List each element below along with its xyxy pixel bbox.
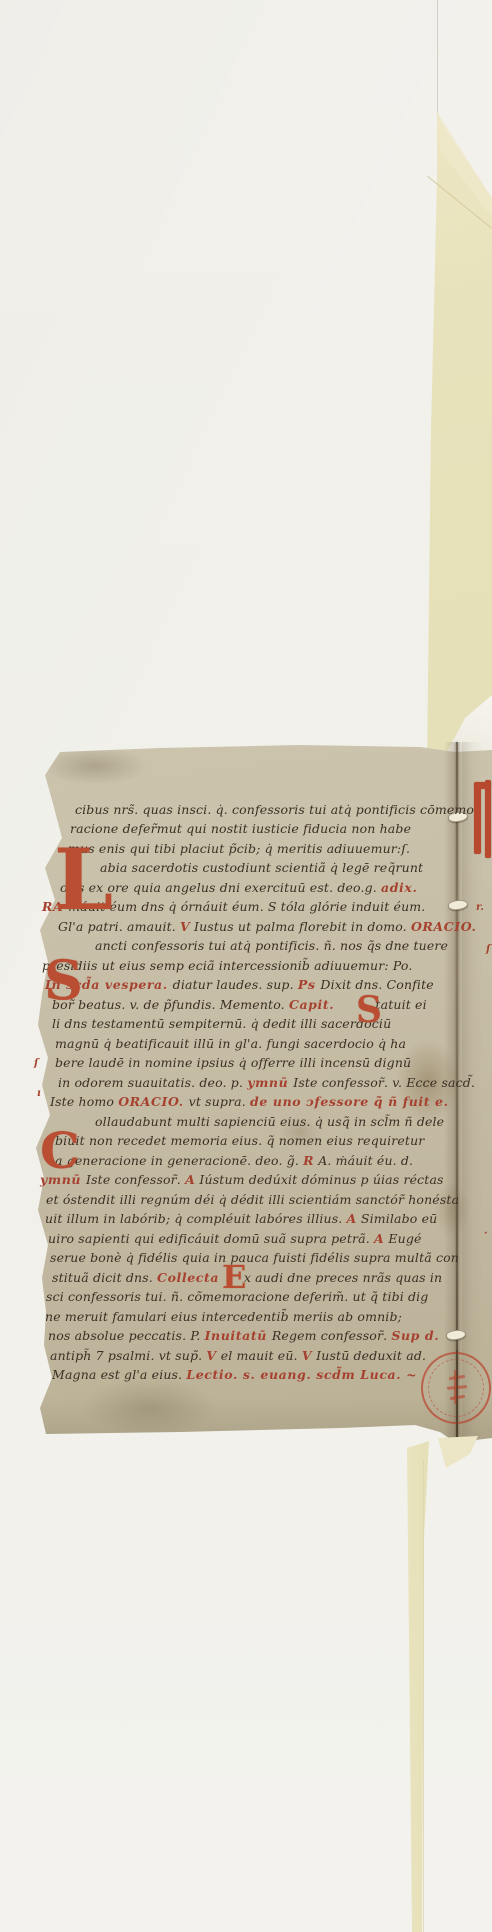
text-segment-ink: magnū q̇ beatificauit illū in gl'a. fung…: [55, 1036, 406, 1051]
illuminated-initial-E: E: [222, 1264, 246, 1290]
text-segment-ink: Similabo eū: [361, 1211, 437, 1226]
text-segment-ink: bere laudē in nomine ipsius q̇ offerre i…: [55, 1055, 411, 1070]
manuscript-line: serue bonè q̇ fidélis quia in pauca fuis…: [50, 1248, 459, 1267]
manuscript-line: ne meruit famulari eius intercedentib̃ m…: [45, 1307, 402, 1326]
manuscript-line: Gl'a patri. amauit. V Iustus ut palma fl…: [58, 917, 476, 936]
manuscript-line: stituã dicit dns. Collecta x audi dne pr…: [52, 1268, 442, 1287]
manuscript-line: abia sacerdotis custodiunt scientiã q̇ l…: [100, 858, 423, 877]
manuscript-line: Magna est gl'a eius. Lectio. s. euang. s…: [52, 1365, 417, 1384]
manuscript-line: ollaudabunt multi sapienciū eius. q̇ usq…: [95, 1112, 444, 1131]
text-segment-rubric: R: [303, 1153, 318, 1168]
text-segment-ink: mus enis qui tibi placiut p̃cib; q̇ meri…: [68, 841, 410, 856]
text-segment-ink: nos absolue peccatis. P.: [48, 1328, 205, 1343]
text-segment-rubric: Capit.: [289, 997, 334, 1012]
text-segment-rubric: ymnū: [247, 1075, 293, 1090]
text-segment-ink: ollaudabunt multi sapienciū eius. q̇ usq…: [95, 1114, 444, 1129]
text-segment-ink: presidiis ut eius semp eciã intercession…: [42, 958, 412, 973]
text-segment-ink: in odorem suauitatis. deo. p.: [58, 1075, 247, 1090]
text-segment-ink: uiro sapienti qui edificáuit domū suã su…: [48, 1231, 374, 1246]
manuscript-line: et óstendit illi regnúm déi q̇ dédit ill…: [46, 1190, 459, 1209]
manuscript-line: Iste homo ORACIO. vt supra. de uno ɔfess…: [50, 1092, 449, 1111]
text-segment-ink: el mauit eū.: [221, 1348, 302, 1363]
manuscript-line: presidiis ut eius semp eciã intercession…: [42, 956, 412, 975]
text-segment-ink: ṁáuit éum dns q̇ órnáuit éum. S tóla gló…: [68, 899, 425, 914]
spine-crease-line: [456, 1350, 458, 1442]
manuscript-line: uit illum in labórib; q̇ compléuit labór…: [45, 1209, 437, 1228]
manuscript-line: antiph̃ 7 psalmi. vt sup̃. V el mauit eū…: [50, 1346, 426, 1365]
text-segment-ink: cibus nrs̃. quas insci. q̇. confessoris …: [75, 802, 474, 817]
manuscript-line: ancti confessoris tui atq̇ pontificis. ñ…: [95, 936, 448, 955]
manuscript-line: a generacione in generacionē. deo. g̃. R…: [55, 1151, 413, 1170]
text-segment-rubric: Collecta: [157, 1270, 219, 1285]
text-segment-ink: abia sacerdotis custodiunt scientiã q̇ l…: [100, 860, 423, 875]
text-segment-ink: Eugé: [388, 1231, 421, 1246]
text-segment-rubric: Sup d.: [391, 1328, 439, 1343]
text-segment-rubric: Ps: [298, 977, 321, 992]
text-segment-ink: Iste homo: [50, 1094, 118, 1109]
illuminated-initial-C: C: [40, 1130, 80, 1171]
manuscript-line: nos absolue peccatis. P. Inuitatū Regem …: [48, 1326, 439, 1345]
manuscript-line: uiro sapienti qui edificáuit domū suã su…: [48, 1229, 422, 1248]
manuscript-line: biuit non recedet memoria eius. q̃ nomen…: [55, 1131, 424, 1150]
text-segment-ink: Iste confessor̃.: [86, 1172, 185, 1187]
manuscript-line: oris ex ore quia angelus dni exercituū e…: [60, 878, 417, 897]
text-segment-rubric: V: [180, 919, 190, 934]
text-segment-ink: stituã dicit dns.: [52, 1270, 157, 1285]
text-segment-rubric: V: [302, 1348, 316, 1363]
text-segment-rubric: de uno ɔfessore q̃ ñ fuit e.: [250, 1094, 449, 1109]
text-segment-rubric: A: [347, 1211, 361, 1226]
text-segment-rubric: ORACIO.: [411, 919, 476, 934]
text-segment-rubric: Lectio. s. euang. scd̃m Luca. ~: [186, 1367, 417, 1382]
text-segment-ink: bor̃ beatus. v. de p̃fundis. Memento.: [52, 997, 289, 1012]
text-segment-ink: antiph̃ 7 psalmi. vt sup̃.: [50, 1348, 206, 1363]
text-segment-rubric: adix.: [381, 880, 417, 895]
text-segment-ink: a generacione in generacionē. deo. g̃.: [55, 1153, 303, 1168]
text-segment-ink: diatur laudes. sup.: [173, 977, 298, 992]
text-segment-rubric: A: [185, 1172, 199, 1187]
text-segment-ink: Iste confessor̃. v. Ecce sacd̃.: [293, 1075, 475, 1090]
text-segment-ink: serue bonè q̇ fidélis quia in pauca fuis…: [50, 1250, 459, 1265]
marginal-mark: ·: [484, 1228, 487, 1239]
text-segment-ink: A. ṁáuit éu. d.: [318, 1153, 413, 1168]
manuscript-line: in odorem suauitatis. deo. p. ymnū Iste …: [58, 1073, 475, 1092]
text-segment-ink: Magna est gl'a eius.: [52, 1367, 186, 1382]
text-segment-rubric: V: [206, 1348, 220, 1363]
manuscript-line: magnū q̇ beatificauit illū in gl'a. fung…: [55, 1034, 406, 1053]
text-segment-ink: vt supra.: [189, 1094, 250, 1109]
manuscript-line: cibus nrs̃. quas insci. q̇. confessoris …: [75, 800, 474, 819]
marginal-mark: ſ: [34, 1058, 38, 1069]
manuscript-line: racione defer̃mut qui nostit iusticie fi…: [70, 819, 411, 838]
text-segment-ink: biuit non recedet memoria eius. q̃ nomen…: [55, 1133, 424, 1148]
text-segment-ink: Iústum dedúxit dóminus p úias réctas: [199, 1172, 443, 1187]
manuscript-line: bere laudē in nomine ipsius q̇ offerre i…: [55, 1053, 411, 1072]
text-segment-ink: ancti confessoris tui atq̇ pontificis. ñ…: [95, 938, 448, 953]
manuscript-line: mus enis qui tibi placiut p̃cib; q̇ meri…: [68, 839, 410, 858]
manuscript-line: li dns testamentū sempiternū. q̇ dedit i…: [52, 1014, 391, 1033]
text-segment-rubric: A: [374, 1231, 388, 1246]
text-segment-ink: Iustus ut palma florebit in domo.: [190, 919, 411, 934]
bottom-paper-strip-edge: [423, 1460, 424, 1932]
marginal-mark: ſ: [486, 944, 490, 955]
text-segment-ink: ne meruit famulari eius intercedentib̃ m…: [45, 1309, 402, 1324]
text-segment-ink: Regem confessor̃.: [272, 1328, 391, 1343]
manuscript-line: ymnū Iste confessor̃. A Iústum dedúxit d…: [40, 1170, 444, 1189]
manuscript-photo: cibus nrs̃. quas insci. q̇. confessoris …: [0, 0, 492, 1932]
text-segment-rubric: ORACIO.: [118, 1094, 188, 1109]
text-segment-ink: Iustū deduxit ad.: [316, 1348, 426, 1363]
text-segment-ink: racione defer̃mut qui nostit iusticie fi…: [70, 821, 411, 836]
marginal-mark: r.: [476, 902, 484, 913]
illuminated-initial-S: S: [44, 958, 83, 1002]
illuminated-initial-L: L: [54, 846, 113, 915]
text-segment-ink: et óstendit illi regnúm déi q̇ dédit ill…: [46, 1192, 459, 1207]
illuminated-initial-S: S: [356, 996, 382, 1026]
text-segment-ink: uit illum in labórib; q̇ compléuit labór…: [45, 1211, 347, 1226]
text-segment-ink: x audi dne preces nrãs quas in: [219, 1270, 442, 1285]
marginal-mark: ı: [37, 1088, 41, 1099]
text-segment-ink: li dns testamentū sempiternū. q̇ dedit i…: [52, 1016, 391, 1031]
text-segment-rubric: Inuitatū: [205, 1328, 272, 1343]
